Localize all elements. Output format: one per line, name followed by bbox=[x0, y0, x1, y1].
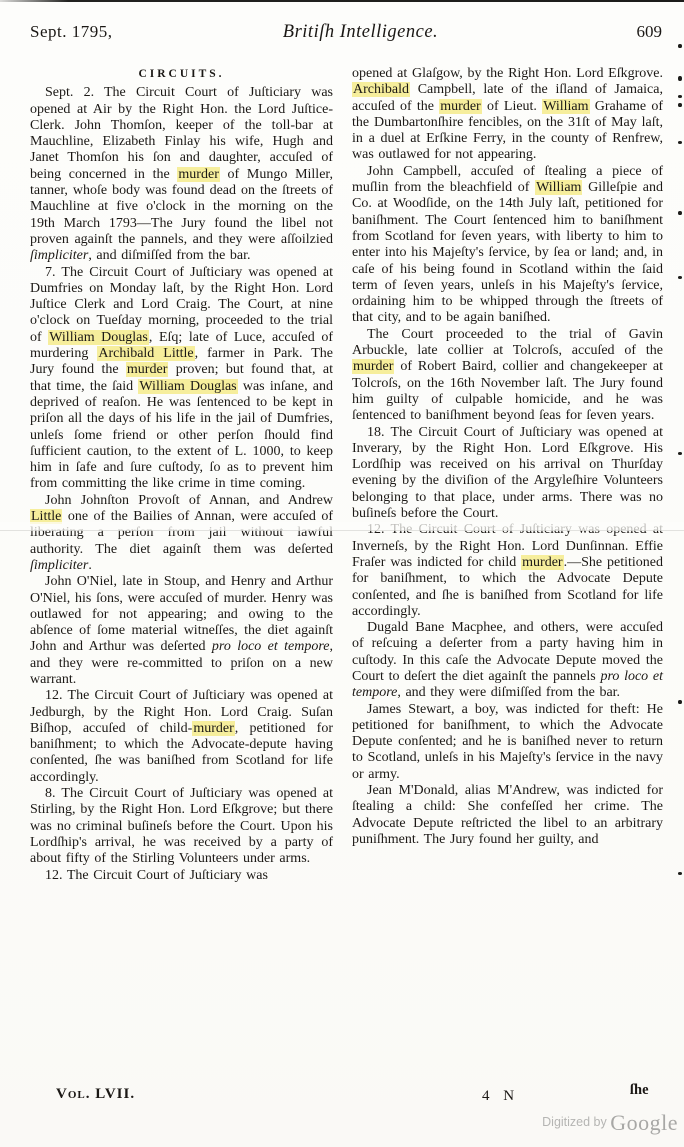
paragraph: 12. The Circuit Court of Juſticiary was … bbox=[30, 688, 333, 786]
header-title: Britiſh Intelligence. bbox=[283, 22, 438, 43]
signature-mark: 4 N bbox=[482, 1088, 519, 1105]
paragraph: Dugald Bane Macphee, and others, were ac… bbox=[352, 620, 663, 701]
google-logo: Google bbox=[610, 1110, 678, 1135]
text-run: The Court proceeded to the trial of Gavi… bbox=[352, 327, 663, 358]
text-run: one of the Bailies of Annan, were accuſe… bbox=[30, 509, 333, 557]
paragraph: The Court proceeded to the trial of Gavi… bbox=[352, 327, 663, 425]
scan-speck bbox=[678, 103, 682, 107]
highlighted-text: William bbox=[542, 99, 589, 114]
scanned-page: Sept. 1795, Britiſh Intelligence. 609 CI… bbox=[0, 0, 684, 1147]
paragraph: Jean M'Donald, alias M'Andrew, was indic… bbox=[352, 783, 663, 848]
scan-speck bbox=[678, 95, 682, 98]
highlighted-text: William Douglas bbox=[138, 379, 237, 394]
italic-text: ſimpliciter bbox=[30, 248, 88, 263]
highlighted-text: Archibald bbox=[352, 82, 410, 97]
text-run: of Lieut. bbox=[482, 99, 542, 114]
scan-speck bbox=[678, 141, 682, 144]
google-watermark: Digitized by Google bbox=[542, 1110, 678, 1136]
text-run: Jean M'Donald, alias M'Andrew, was indic… bbox=[352, 783, 663, 847]
right-column: opened at Glaſgow, by the Right Hon. Lor… bbox=[352, 66, 663, 848]
scan-speck bbox=[678, 700, 682, 704]
header-date: Sept. 1795, bbox=[30, 22, 112, 42]
paragraph: Sept. 2. The Circuit Court of Juſticiary… bbox=[30, 85, 333, 264]
text-run: . bbox=[88, 558, 92, 573]
page-header: Sept. 1795, Britiſh Intelligence. 609 bbox=[30, 22, 662, 43]
paragraph: 12. The Circuit Court of Juſticiary was … bbox=[352, 522, 663, 620]
highlighted-text: murder bbox=[352, 359, 394, 374]
paragraph: 7. The Circuit Court of Juſticiary was o… bbox=[30, 265, 333, 493]
text-run: , and they were diſmiſſed from the bar. bbox=[397, 685, 620, 700]
highlighted-text: murder bbox=[521, 555, 563, 570]
paragraph: John Campbell, accuſed of ſtealing a pie… bbox=[352, 164, 663, 327]
highlighted-text: Little bbox=[30, 509, 62, 524]
text-run: 18. The Circuit Court of Juſticiary was … bbox=[352, 425, 663, 521]
left-column: CIRCUITS. Sept. 2. The Circuit Court of … bbox=[30, 66, 333, 884]
paragraph: 8. The Circuit Court of Juſticiary was o… bbox=[30, 786, 333, 867]
highlighted-text: William bbox=[535, 180, 582, 195]
watermark-prefix-text: Digitized by bbox=[542, 1115, 610, 1129]
italic-text: ſimpliciter bbox=[30, 558, 88, 573]
text-run: of Robert Baird, collier and changekeepe… bbox=[352, 359, 663, 423]
highlighted-text: Archibald Little bbox=[97, 346, 194, 361]
paragraph: John O'Niel, late in Stoup, and Henry an… bbox=[30, 574, 333, 688]
scan-speck bbox=[678, 276, 682, 279]
paragraph: 18. The Circuit Court of Juſticiary was … bbox=[352, 425, 663, 523]
highlighted-text: William Douglas bbox=[48, 330, 149, 345]
catchword: ſhe bbox=[630, 1082, 649, 1099]
highlighted-text: murder bbox=[192, 721, 234, 736]
header-page-number: 609 bbox=[636, 22, 662, 42]
text-run: James Stewart, a boy, was indicted for t… bbox=[352, 702, 663, 782]
scan-speck bbox=[678, 452, 682, 455]
highlighted-text: murder bbox=[177, 167, 219, 182]
text-run: opened at Glaſgow, by the Right Hon. Lor… bbox=[352, 66, 663, 81]
volume-label: Vol. LVII. bbox=[56, 1086, 135, 1103]
italic-text: pro loco et tempore bbox=[212, 639, 330, 654]
scan-speck bbox=[678, 872, 682, 875]
text-run: , and diſmiſſed from the bar. bbox=[88, 248, 250, 263]
text-run: 8. The Circuit Court of Juſticiary was o… bbox=[30, 786, 333, 866]
paragraph: opened at Glaſgow, by the Right Hon. Lor… bbox=[352, 66, 663, 164]
scan-speck bbox=[678, 76, 682, 81]
highlighted-text: murder bbox=[126, 362, 168, 377]
scan-speck bbox=[678, 211, 682, 215]
highlighted-text: murder bbox=[439, 99, 481, 114]
right-column-text: opened at Glaſgow, by the Right Hon. Lor… bbox=[352, 66, 663, 848]
text-run: John Johnſton Provoſt of Annan, and Andr… bbox=[45, 493, 333, 508]
section-heading: CIRCUITS. bbox=[30, 66, 333, 82]
paragraph: James Stewart, a boy, was indicted for t… bbox=[352, 702, 663, 783]
scan-edge-top bbox=[0, 0, 684, 2]
scan-speck bbox=[678, 44, 682, 48]
text-run: Gilleſpie and Co. at Woodſide, on the 14… bbox=[352, 180, 663, 325]
text-run: was inſane, and deprived of reaſon. He w… bbox=[30, 379, 333, 492]
left-column-text: Sept. 2. The Circuit Court of Juſticiary… bbox=[30, 85, 333, 884]
paragraph: John Johnſton Provoſt of Annan, and Andr… bbox=[30, 493, 333, 574]
paragraph: 12. The Circuit Court of Juſticiary was bbox=[30, 868, 333, 884]
text-run: 12. The Circuit Court of Juſticiary was bbox=[45, 868, 268, 883]
